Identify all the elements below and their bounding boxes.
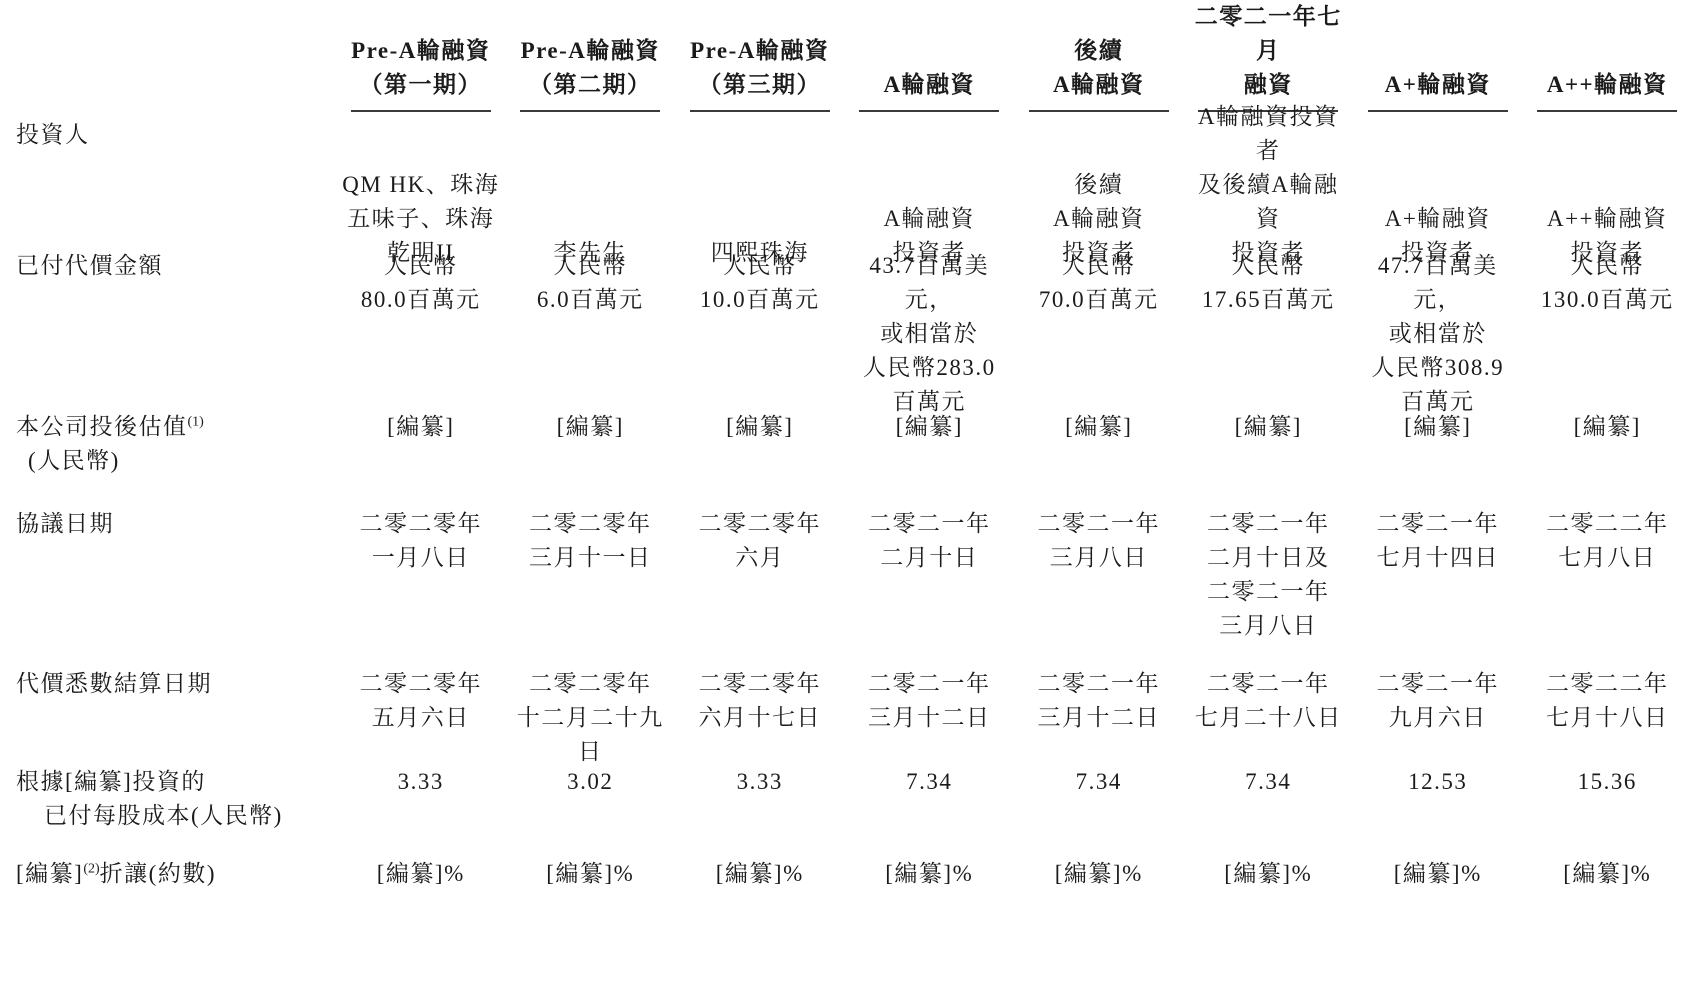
row-label-text: 本公司投後估值 — [16, 414, 188, 439]
header-underline — [859, 110, 999, 112]
table-cell: 二零二一年九月六日 — [1353, 655, 1523, 769]
column-header-a-plus: A+輪融資 — [1353, 68, 1523, 120]
row-label-text: 代價悉數結算日期 — [16, 671, 212, 696]
table-cell: 3.33 — [675, 755, 845, 845]
row-label-text: 根據[編纂]投資的 — [16, 769, 206, 794]
table-cell: 二零二零年十二月二十九日 — [506, 655, 676, 769]
row-label-text: 協議日期 — [16, 511, 114, 536]
table-cell: 二零二零年五月六日 — [336, 655, 506, 769]
table-row-consideration-paid: 已付代價金額 人民幣80.0百萬元 人民幣6.0百萬元 人民幣10.0百萬元 4… — [0, 235, 1692, 400]
table-cell: 二零二零年一月八日 — [336, 495, 506, 655]
table-cell: [編纂]% — [1523, 845, 1692, 1000]
row-label-text: [編纂] — [16, 861, 83, 886]
table-cell: 二零二二年七月八日 — [1523, 495, 1692, 655]
row-label-investors: 投資人 — [0, 100, 336, 152]
table-cell: [編纂] — [336, 400, 506, 495]
row-label-cost-per-share: 根據[編纂]投資的 已付每股成本(人民幣) — [0, 755, 336, 845]
row-label-line2: 已付每股成本(人民幣) — [16, 799, 336, 833]
column-header-pre-a-3: Pre-A輪融資（第三期） — [675, 34, 845, 120]
row-label-discount: [編纂](2)折讓(約數) — [0, 845, 336, 1000]
table-cell: 二零二一年二月十日 — [845, 495, 1015, 655]
column-header-title: A輪融資 — [845, 68, 1015, 102]
table-cell: [編纂]% — [506, 845, 676, 1000]
table-cell: 43.7百萬美元，或相當於人民幣283.0百萬元 — [845, 235, 1015, 419]
table-row-discount: [編纂](2)折讓(約數) [編纂]% [編纂]% [編纂]% [編纂]% [編… — [0, 845, 1692, 1000]
table-cell: [編纂]% — [675, 845, 845, 1000]
table-cell: [編纂] — [1014, 400, 1184, 495]
table-cell: [編纂]% — [1353, 845, 1523, 1000]
table-cell: 15.36 — [1523, 755, 1692, 845]
table-cell: 二零二零年六月十七日 — [675, 655, 845, 769]
column-header-a-plus-plus: A++輪融資 — [1523, 68, 1692, 120]
column-header-title: Pre-A輪融資（第一期） — [336, 34, 506, 102]
row-label-footnote: (1) — [188, 414, 204, 429]
table-cell: [編纂] — [675, 400, 845, 495]
table-cell: 二零二零年三月十一日 — [506, 495, 676, 655]
row-label-text: 已付代價金額 — [16, 253, 163, 278]
table-cell: 人民幣6.0百萬元 — [506, 235, 676, 419]
column-header-title: Pre-A輪融資（第二期） — [506, 34, 676, 102]
column-header-subsequent-a: 後續A輪融資 — [1014, 34, 1184, 120]
table-cell: [編纂] — [1353, 400, 1523, 495]
row-label-consideration-paid: 已付代價金額 — [0, 235, 336, 419]
table-cell: 3.33 — [336, 755, 506, 845]
table-cell: 3.02 — [506, 755, 676, 845]
row-label-post-money-valuation: 本公司投後估值(1) (人民幣) — [0, 400, 336, 495]
table-cell: [編纂]% — [336, 845, 506, 1000]
table-cell: [編纂] — [506, 400, 676, 495]
header-underline — [351, 110, 491, 112]
row-label-text: 折讓(約數) — [100, 861, 216, 886]
table-cell: [編纂] — [1184, 400, 1354, 495]
row-label-text: 投資人 — [16, 122, 90, 147]
table-cell: 7.34 — [845, 755, 1015, 845]
table-cell: 二零二一年三月八日 — [1014, 495, 1184, 655]
header-underline — [1029, 110, 1169, 112]
column-header-title: A++輪融資 — [1523, 68, 1692, 102]
table-cell: [編纂]% — [845, 845, 1015, 1000]
header-underline — [690, 110, 830, 112]
table-cell: 二零二二年七月十八日 — [1523, 655, 1692, 769]
header-underline — [520, 110, 660, 112]
table-cell: 二零二一年三月十二日 — [1014, 655, 1184, 769]
table-cell: [編纂] — [845, 400, 1015, 495]
column-header-title: 二零二一年七月融資 — [1184, 0, 1354, 102]
table-cell: 人民幣130.0百萬元 — [1523, 235, 1692, 419]
funding-rounds-table: Pre-A輪融資（第一期） Pre-A輪融資（第二期） Pre-A輪融資（第三期… — [0, 0, 1692, 1000]
row-label-footnote: (2) — [83, 861, 99, 876]
table-cell: 47.7百萬美元，或相當於人民幣308.9百萬元 — [1353, 235, 1523, 419]
table-cell: 二零二一年七月十四日 — [1353, 495, 1523, 655]
table-row-settlement-date: 代價悉數結算日期 二零二零年五月六日 二零二零年十二月二十九日 二零二零年六月十… — [0, 655, 1692, 755]
table-cell: 7.34 — [1184, 755, 1354, 845]
table-cell: 人民幣10.0百萬元 — [675, 235, 845, 419]
table-cell: 二零二一年七月二十八日 — [1184, 655, 1354, 769]
table-row-cost-per-share: 根據[編纂]投資的 已付每股成本(人民幣) 3.33 3.02 3.33 7.3… — [0, 755, 1692, 845]
table-cell: [編纂]% — [1014, 845, 1184, 1000]
table-row-investors: 投資人 QM HK、珠海五味子、珠海乾明II 李先生 四熙珠海 A輪融資投資者 … — [0, 100, 1692, 235]
table-cell: 7.34 — [1014, 755, 1184, 845]
header-underline — [1368, 110, 1508, 112]
table-cell: 12.53 — [1353, 755, 1523, 845]
column-header-title: Pre-A輪融資（第三期） — [675, 34, 845, 102]
table-cell: 二零二零年六月 — [675, 495, 845, 655]
table-row-agreement-date: 協議日期 二零二零年一月八日 二零二零年三月十一日 二零二零年六月 二零二一年二… — [0, 495, 1692, 655]
header-underline — [1537, 110, 1677, 112]
table-cell: 人民幣80.0百萬元 — [336, 235, 506, 419]
row-label-settlement-date: 代價悉數結算日期 — [0, 655, 336, 769]
table-cell: [編纂]% — [1184, 845, 1354, 1000]
table-cell: 二零二一年三月十二日 — [845, 655, 1015, 769]
column-header-title: 後續A輪融資 — [1014, 34, 1184, 102]
table-cell: 二零二一年二月十日及二零二一年三月八日 — [1184, 495, 1354, 655]
row-label-agreement-date: 協議日期 — [0, 495, 336, 655]
table-row-post-money-valuation: 本公司投後估值(1) (人民幣) [編纂] [編纂] [編纂] [編纂] [編纂… — [0, 400, 1692, 495]
table-cell: 人民幣70.0百萬元 — [1014, 235, 1184, 419]
column-header-title: A+輪融資 — [1353, 68, 1523, 102]
column-header-pre-a-2: Pre-A輪融資（第二期） — [506, 34, 676, 120]
table-cell: [編纂] — [1523, 400, 1692, 495]
table-header-row: Pre-A輪融資（第一期） Pre-A輪融資（第二期） Pre-A輪融資（第三期… — [0, 0, 1692, 100]
row-label-line2: (人民幣) — [16, 444, 336, 478]
column-header-series-a: A輪融資 — [845, 68, 1015, 120]
table-cell: 人民幣17.65百萬元 — [1184, 235, 1354, 419]
column-header-pre-a-1: Pre-A輪融資（第一期） — [336, 34, 506, 120]
